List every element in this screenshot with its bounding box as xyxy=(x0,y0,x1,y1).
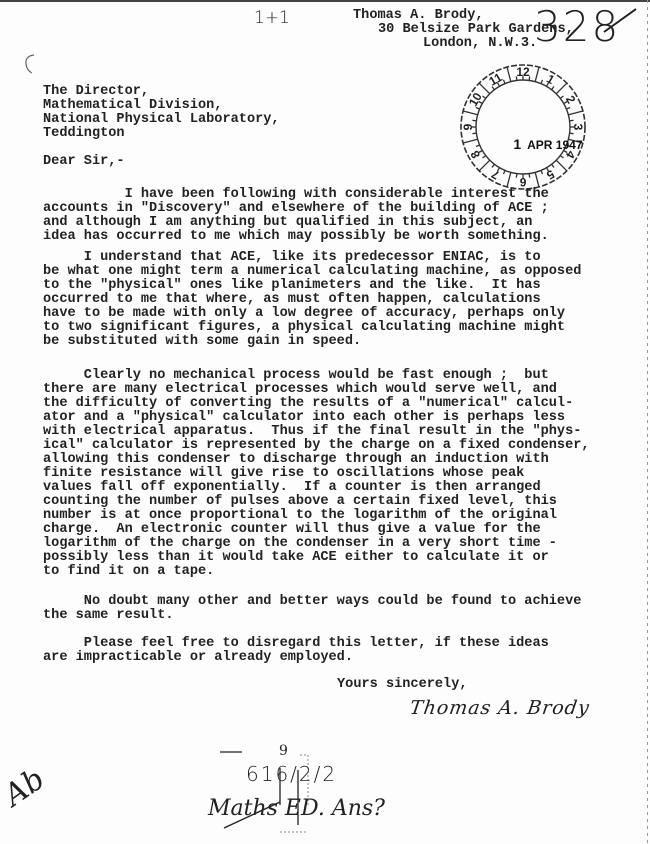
body-paragraph-3: Clearly no mechanical process would be f… xyxy=(43,369,590,579)
stamp-month-year: APR 1947 xyxy=(527,138,582,152)
svg-text:7: 7 xyxy=(489,167,502,183)
sender-address-line2: London, N.W.3. xyxy=(423,37,537,51)
svg-text:5: 5 xyxy=(544,167,557,183)
signature: Thomas A. Brody xyxy=(408,697,591,719)
file-reference-superscript: 9 xyxy=(279,743,288,759)
recipient-line3: National Physical Laboratory, xyxy=(43,113,280,127)
body-paragraph-5: Please feel free to disregard this lette… xyxy=(43,637,549,665)
svg-text:1: 1 xyxy=(544,72,557,88)
page-right-edge xyxy=(647,0,648,844)
top-handwritten-mark: 1+1 xyxy=(254,8,290,28)
svg-text:8: 8 xyxy=(468,148,484,161)
sender-address-line1: 30 Belsize Park Gardens, xyxy=(378,23,574,37)
recipient-line2: Mathematical Division, xyxy=(43,99,222,113)
closing: Yours sincerely, xyxy=(337,678,468,692)
sender-name: Thomas A. Brody, xyxy=(353,9,484,23)
body-paragraph-1: I have been following with considerable … xyxy=(43,188,549,244)
stray-mark-icon xyxy=(22,52,38,76)
margin-initials: Ab xyxy=(0,761,51,813)
svg-text:12: 12 xyxy=(516,65,530,79)
routing-strike-icon xyxy=(222,800,282,830)
recipient-line4: Teddington xyxy=(43,127,125,141)
body-paragraph-4: No doubt many other and better ways coul… xyxy=(43,595,581,623)
stamp-day: 1 xyxy=(513,136,521,152)
svg-text:9: 9 xyxy=(461,123,475,130)
body-paragraph-2: I understand that ACE, like its predeces… xyxy=(43,251,581,349)
stamp-date: 1APR 1947 xyxy=(500,122,583,166)
salutation: Dear Sir,- xyxy=(43,155,125,169)
file-reference: 616/2/2 xyxy=(246,762,337,786)
folio-strike-icon xyxy=(600,6,640,36)
svg-text:2: 2 xyxy=(563,93,579,106)
recipient-line1: The Director, xyxy=(43,85,149,99)
letter-page: 1+1 328 Thomas A. Brody, 30 Belsize Park… xyxy=(0,0,650,844)
